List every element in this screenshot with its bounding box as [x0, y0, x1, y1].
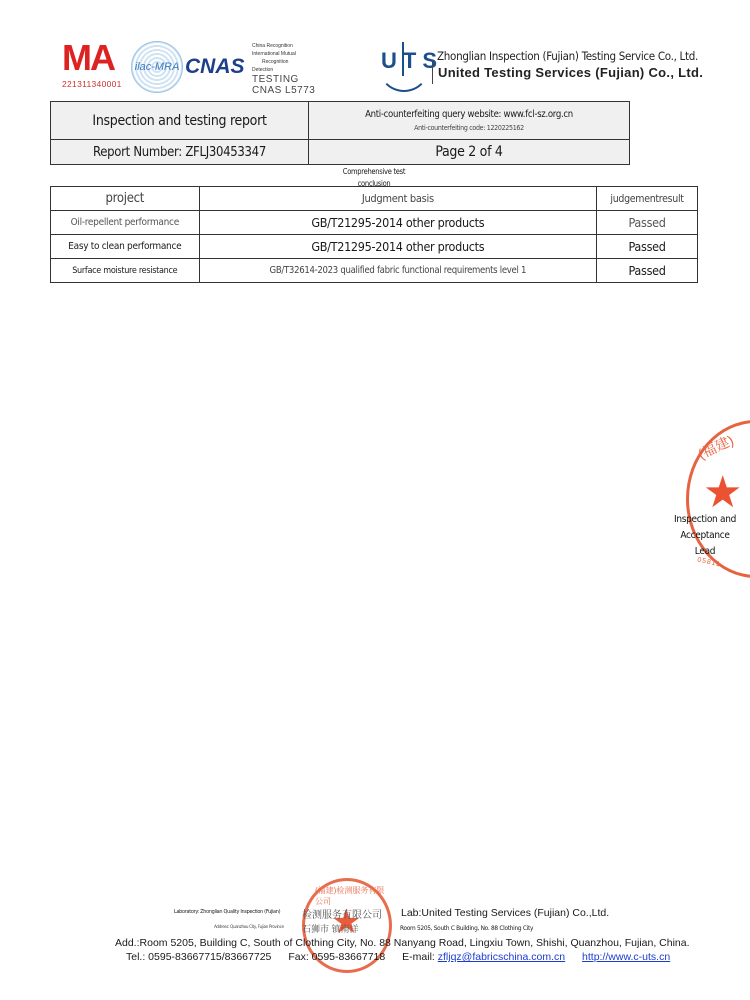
cnas-logo: CNAS: [184, 43, 242, 89]
header-result: judgementresult: [597, 187, 698, 211]
basis-cell: GB/T32614-2023 qualified fabric function…: [199, 259, 597, 283]
result-cell: Passed: [597, 235, 698, 259]
anti-counterfeit-code: Anti-counterfeiting code: 1220225162: [414, 124, 524, 132]
page-indicator: Page 2 of 4: [309, 140, 629, 164]
footer-lab-en: Lab:United Testing Services (Fujian) Co.…: [401, 907, 609, 919]
inspector-label: Inspection and Acceptance Lead: [672, 512, 738, 560]
footer-cn-line2: 石狮市 镇南洋: [302, 922, 359, 935]
company-name-line2: United Testing Services (Fujian) Co., Lt…: [438, 65, 703, 80]
stamp-chars: (福建): [695, 430, 737, 464]
result-cell: Passed: [597, 259, 698, 283]
footer-fax: Fax: 0595-83667718: [288, 951, 385, 963]
recognition-line: Detection: [252, 66, 332, 74]
email-link[interactable]: zfljqz@fabricschina.com.cn: [438, 951, 565, 963]
cnas-text: CNAS: [184, 55, 246, 78]
footer-laboratory-cn: Laboratory: Zhonglian Quality Inspection…: [174, 909, 280, 915]
cma-mark: MA: [62, 40, 128, 76]
cnas-code: CNAS L5773: [252, 85, 332, 96]
footer-cn-line1: 检测服务有限公司: [302, 906, 382, 921]
footer-address-cn: Address: Quanzhou City, Fujian Province: [214, 925, 284, 930]
basis-cell: GB/T21295-2014 other products: [199, 235, 597, 259]
project-cell: Easy to clean performance: [51, 235, 200, 259]
recognition-line: Recognition: [252, 58, 332, 66]
cma-logo: MA 221311340001: [62, 40, 128, 92]
footer-tel: Tel.: 0595-83667715/83667725: [126, 951, 271, 963]
company-name-line1: Zhonglian Inspection (Fujian) Testing Se…: [437, 49, 698, 63]
recognition-block: China Recognition International Mutual R…: [252, 42, 332, 96]
project-cell: Oil-repellent performance: [51, 211, 200, 235]
footer-contact: Tel.: 0595-83667715/83667725 Fax: 0595-8…: [126, 951, 670, 963]
website-link[interactable]: http://www.c-uts.cn: [582, 951, 670, 963]
results-table: project Judgment basis judgementresult O…: [50, 186, 698, 283]
uts-logo-text: UTS: [381, 48, 443, 74]
header-basis: Judgment basis: [199, 187, 597, 211]
report-number: Report Number: ZFLJ30453347: [51, 140, 309, 164]
recognition-line: China Recognition: [252, 42, 332, 50]
star-icon: ★: [703, 471, 742, 515]
anti-counterfeit-block: Anti-counterfeiting query website: www.f…: [309, 102, 629, 140]
result-cell: Passed: [597, 211, 698, 235]
report-title-table: Inspection and testing report Report Num…: [50, 101, 630, 165]
report-title: Inspection and testing report: [51, 102, 309, 140]
table-header-row: project Judgment basis judgementresult: [51, 187, 698, 211]
table-row: Oil-repellent performance GB/T21295-2014…: [51, 211, 698, 235]
footer-address: Add.:Room 5205, Building C, South of Clo…: [115, 937, 690, 949]
basis-cell: GB/T21295-2014 other products: [199, 211, 597, 235]
testing-label: TESTING: [252, 74, 332, 85]
cma-number: 221311340001: [62, 79, 128, 89]
footer-room-en: Room 5205, South C Building, No. 88 Clot…: [400, 924, 533, 932]
ilac-text: ilac-MRA: [132, 61, 182, 73]
header-project: project: [51, 187, 200, 211]
anti-counterfeit-website: Anti-counterfeiting query website: www.f…: [365, 109, 573, 120]
recognition-line: International Mutual: [252, 50, 332, 58]
project-cell: Surface moisture resistance: [51, 259, 200, 283]
footer-email-label: E-mail:: [402, 951, 435, 963]
table-row: Easy to clean performance GB/T21295-2014…: [51, 235, 698, 259]
uts-logo: UTS: [378, 40, 430, 92]
table-row: Surface moisture resistance GB/T32614-20…: [51, 259, 698, 283]
ilac-mra-logo: ilac-MRA: [131, 41, 183, 93]
divider: [432, 62, 433, 84]
